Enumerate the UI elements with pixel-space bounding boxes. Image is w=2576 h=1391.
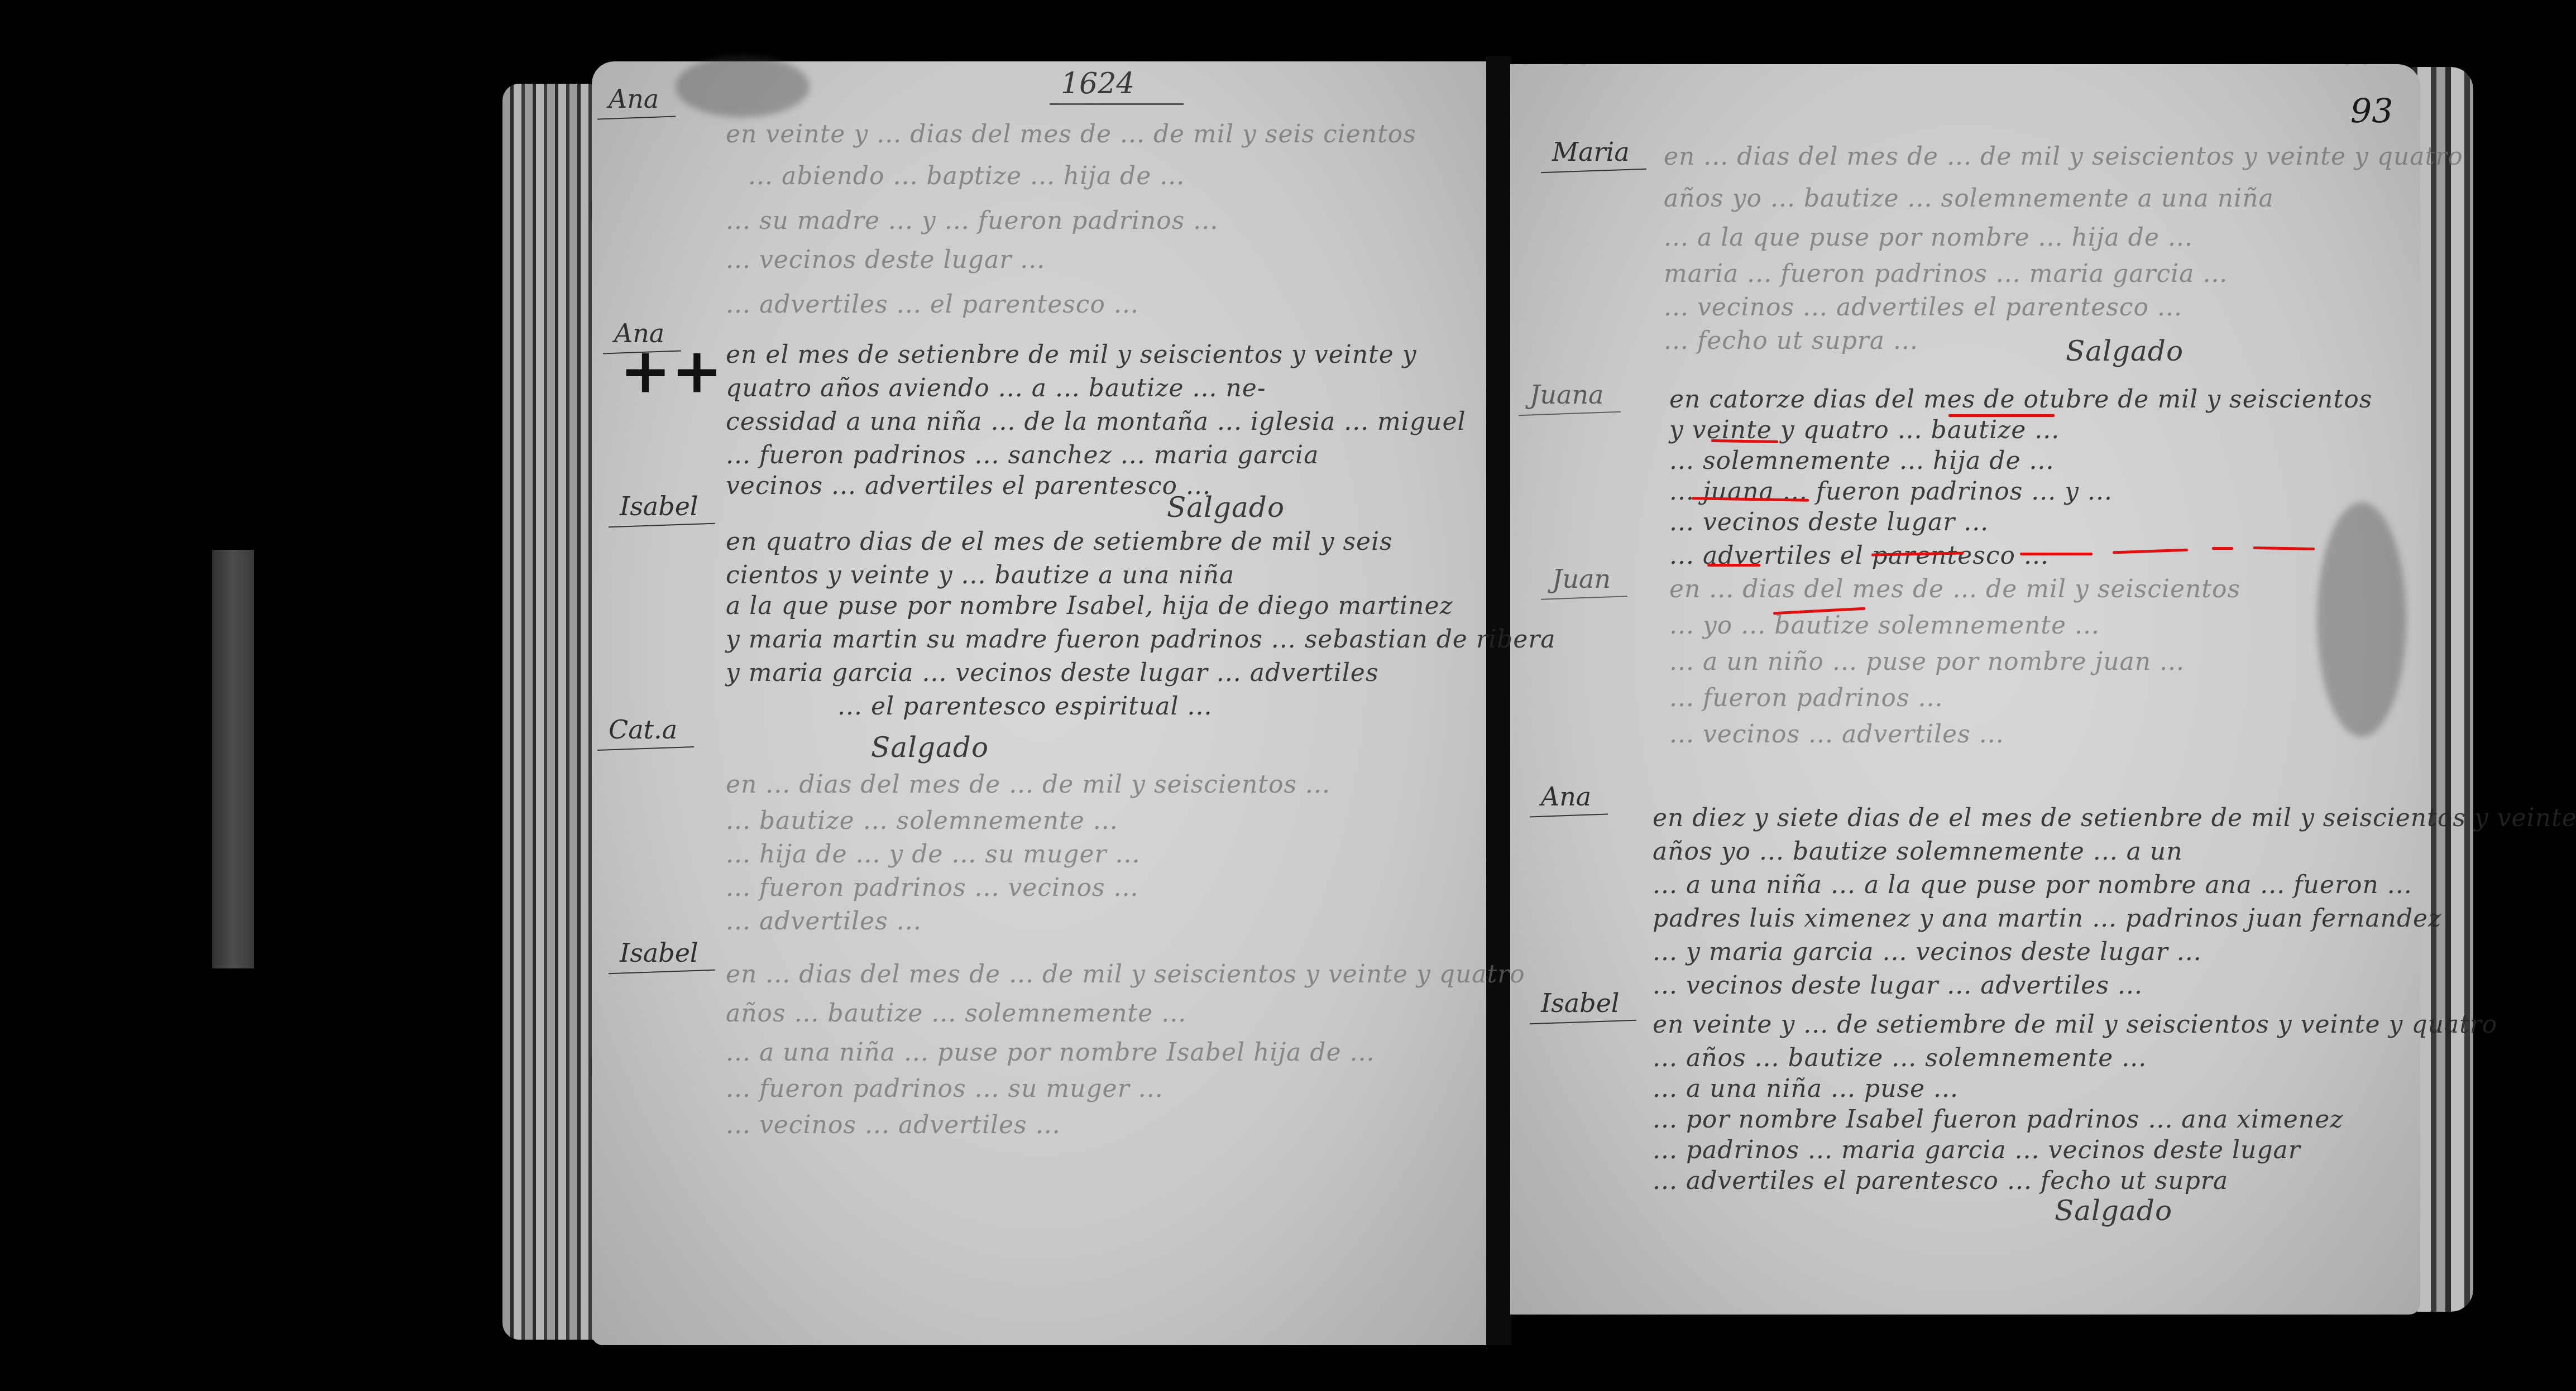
stain xyxy=(2317,502,2406,737)
margin-name: Cat.a xyxy=(609,714,677,745)
entry-line: ... vecinos ... advertiles ... xyxy=(1669,720,2004,749)
entry-line: ... solemnemente ... hija de ... xyxy=(1669,447,2054,475)
entry-line: ... a la que puse por nombre ... hija de… xyxy=(1664,223,2193,252)
entry-line: en diez y siete dias de el mes de setien… xyxy=(1653,804,2576,832)
entry-line: vecinos ... advertiles el parentesco ... xyxy=(726,472,1211,500)
entry-line: en quatro dias de el mes de setiembre de… xyxy=(726,527,1393,556)
margin-name: Juan xyxy=(1552,564,1611,594)
entry-line: años ... bautize ... solemnemente ... xyxy=(726,999,1186,1028)
entry-line: ... yo ... bautize solemnemente ... xyxy=(1669,611,2100,640)
margin-name: Maria xyxy=(1552,137,1630,167)
book-gutter xyxy=(1486,56,1511,1345)
entry-line: ... juana ... fueron padrinos ... y ... xyxy=(1669,477,2113,506)
page-stack-right xyxy=(2412,67,2473,1312)
entry-line: ... años ... bautize ... solemnemente ..… xyxy=(1653,1044,2147,1072)
entry-line: ... a una niña ... a la que puse por nom… xyxy=(1653,871,2412,899)
entry-line: ... bautize ... solemnemente ... xyxy=(726,807,1118,835)
margin-name: Juana xyxy=(1530,380,1604,410)
entry-line: en veinte y ... de setiembre de mil y se… xyxy=(1653,1010,2497,1039)
entry-line: padres luis ximenez y ana martin ... pad… xyxy=(1653,904,2441,933)
cross-mark: ++ xyxy=(620,335,722,407)
entry-line: ... hija de ... y de ... su muger ... xyxy=(726,840,1140,869)
entry-line: ... por nombre Isabel fueron padrinos ..… xyxy=(1653,1105,2343,1134)
book-strap xyxy=(212,550,254,968)
page-number: 93 xyxy=(2350,92,2393,131)
entry-line: ... a una niña ... puse por nombre Isabe… xyxy=(726,1038,1375,1067)
entry-line: en catorze dias del mes de otubre de mil… xyxy=(1669,385,2372,414)
signature: Salgado xyxy=(871,731,989,764)
entry-line: cientos y veinte y ... bautize a una niñ… xyxy=(726,561,1234,589)
margin-name: Ana xyxy=(1541,781,1591,812)
entry-line: y maria martin su madre fueron padrinos … xyxy=(726,625,1555,654)
entry-line: ... vecinos ... advertiles el parentesco… xyxy=(1664,293,2182,322)
stain xyxy=(676,56,810,117)
signature: Salgado xyxy=(2066,335,2184,367)
signature: Salgado xyxy=(1167,491,1285,524)
entry-line: ... advertiles ... xyxy=(726,907,922,936)
red-underline xyxy=(2212,547,2233,550)
entry-line: ... fueron padrinos ... vecinos ... xyxy=(726,874,1138,902)
entry-line: en ... dias del mes de ... de mil y seis… xyxy=(1669,575,2240,603)
entry-line: ... y maria garcia ... vecinos deste lug… xyxy=(1653,938,2202,966)
entry-line: en ... dias del mes de ... de mil y seis… xyxy=(1664,142,2463,171)
page-stack-left xyxy=(502,84,597,1340)
entry-line: cessidad a una niña ... de la montaña ..… xyxy=(726,407,1466,436)
entry-line: ... advertiles ... el parentesco ... xyxy=(726,290,1139,319)
entry-line: años yo ... bautize solemnemente ... a u… xyxy=(1653,837,2183,866)
entry-line: ... a un niño ... puse por nombre juan .… xyxy=(1669,647,2185,676)
entry-line: ... vecinos deste lugar ... xyxy=(1669,508,1989,536)
entry-line: ... vecinos ... advertiles ... xyxy=(726,1111,1061,1139)
entry-line: ... a una niña ... puse ... xyxy=(1653,1075,1959,1103)
entry-line: ... el parentesco espiritual ... xyxy=(837,692,1213,721)
entry-line: ... su madre ... y ... fueron padrinos .… xyxy=(726,207,1218,235)
margin-name: Isabel xyxy=(1541,988,1620,1018)
entry-line: en ... dias del mes de ... de mil y seis… xyxy=(726,960,1525,989)
entry-line: quatro años aviendo ... a ... bautize ..… xyxy=(726,374,1266,402)
entry-line: ... advertiles el parentesco ... fecho u… xyxy=(1653,1167,2228,1195)
entry-line: en el mes de setienbre de mil y seiscien… xyxy=(726,340,1417,369)
entry-line: años yo ... bautize ... solemnemente a u… xyxy=(1664,184,2274,213)
year-header: 1624 xyxy=(1061,67,1134,100)
entry-line: a la que puse por nombre Isabel, hija de… xyxy=(726,592,1453,620)
margin-name: Isabel xyxy=(620,491,698,521)
red-underline xyxy=(2020,553,2093,555)
red-underline xyxy=(1948,414,2055,417)
entry-line: ... vecinos deste lugar ... advertiles .… xyxy=(1653,971,2143,1000)
entry-line: en veinte y ... dias del mes de ... de m… xyxy=(726,120,1416,148)
entry-line: en ... dias del mes de ... de mil y seis… xyxy=(726,770,1330,799)
red-underline xyxy=(1707,564,1760,567)
margin-name: Ana xyxy=(609,84,659,114)
entry-line: ... fecho ut supra ... xyxy=(1664,327,1918,355)
entry-line: y maria garcia ... vecinos deste lugar .… xyxy=(726,659,1378,687)
margin-name: Isabel xyxy=(620,938,698,968)
entry-line: ... padrinos ... maria garcia ... vecino… xyxy=(1653,1136,2301,1164)
signature: Salgado xyxy=(2055,1195,2172,1227)
entry-line: ... fueron padrinos ... su muger ... xyxy=(726,1075,1163,1103)
entry-line: maria ... fueron padrinos ... maria garc… xyxy=(1664,260,2228,288)
entry-line: ... fueron padrinos ... xyxy=(1669,684,1943,712)
entry-line: ... abiendo ... baptize ... hija de ... xyxy=(748,162,1185,190)
header-rule xyxy=(1050,103,1184,105)
entry-line: ... vecinos deste lugar ... xyxy=(726,246,1045,274)
entry-line: ... fueron padrinos ... sanchez ... mari… xyxy=(726,441,1319,469)
